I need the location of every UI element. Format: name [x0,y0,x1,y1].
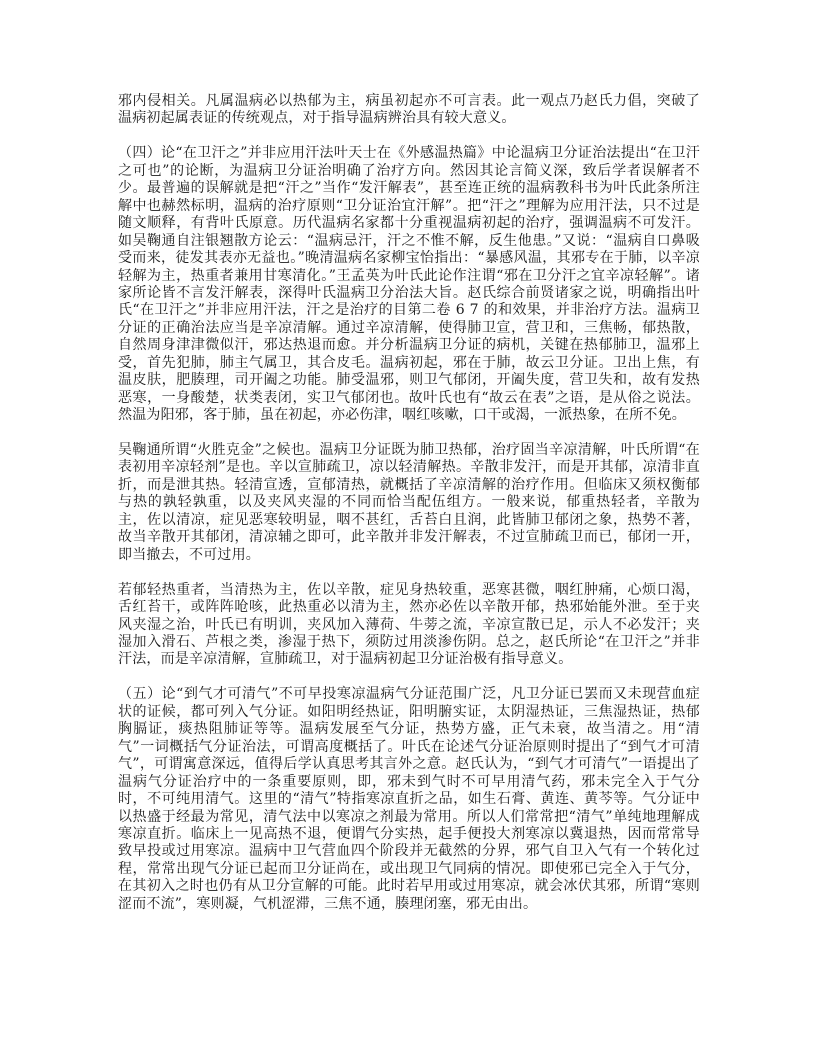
paragraph-section-5-qi-fen: （五）论“到气才可清气”不可早投寒凉温病气分证范围广泛，凡卫分证已罢而又未现营血… [118,686,700,913]
document-page: 邪内侵相关。凡属温病必以热郁为主，病虽初起亦不可言表。此一观点乃赵氏力倡，突破了… [118,93,700,931]
paragraph-xin-liang-qing-jie: 吴鞠通所谓“火胜克金”之候也。温病卫分证既为肺卫热郁，治疗固当辛凉清解，叶氏所谓… [118,442,700,564]
paragraph-section-4-wei-fen: （四）论“在卫汗之”并非应用汗法叶天士在《外感温热篇》中论温病卫分证治法提出“在… [118,145,700,424]
paragraph-continuation: 邪内侵相关。凡属温病必以热郁为主，病虽初起亦不可言表。此一观点乃赵氏力倡，突破了… [118,93,700,128]
paragraph-re-zhong-treatment: 若郁轻热重者，当清热为主，佐以辛散，症见身热较重，恶寒甚微，咽红肿痛，心烦口渴，… [118,582,700,669]
